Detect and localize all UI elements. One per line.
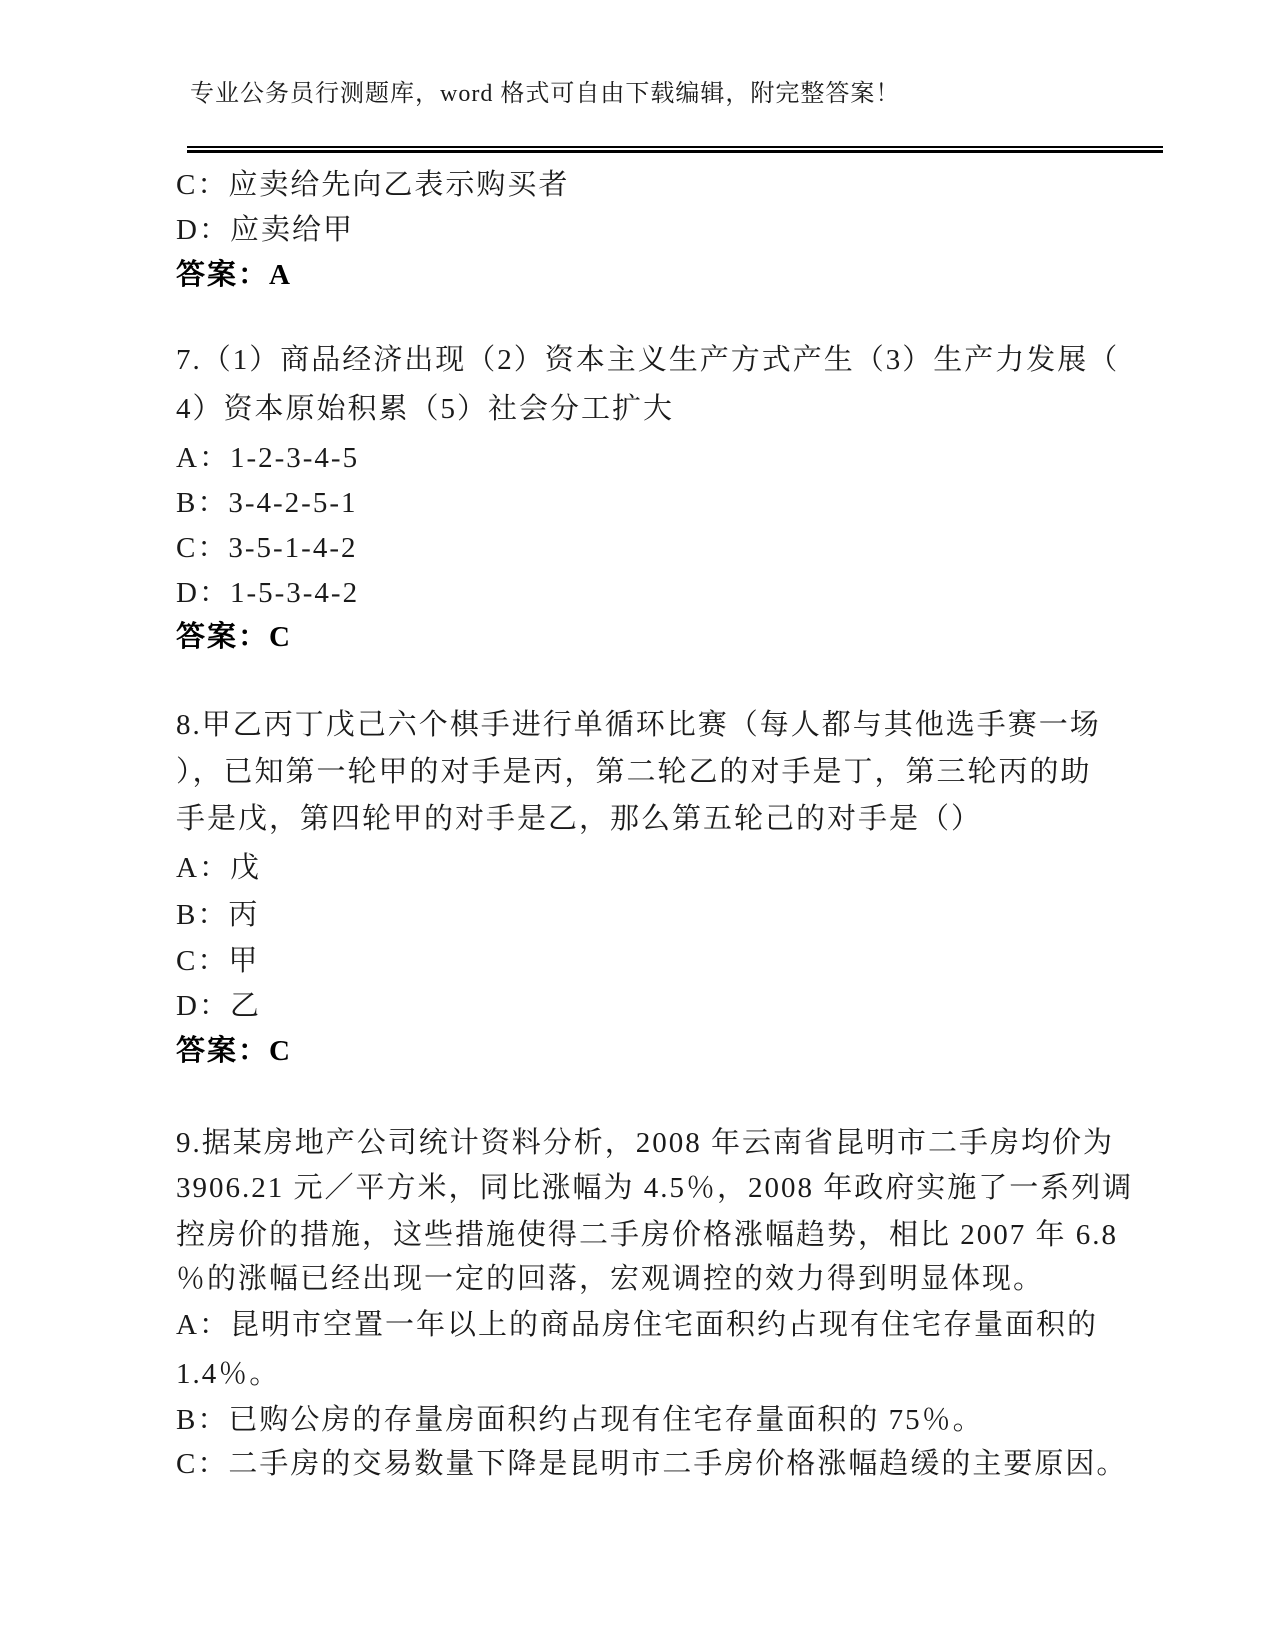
- question-9-stem-line-3: 控房价的措施，这些措施使得二手房价格涨幅趋势，相比 2007 年 6.8: [176, 1218, 1118, 1252]
- prev-question-option-c: C：应卖给先向乙表示购买者: [176, 168, 569, 202]
- page-header-banner: 专业公务员行测题库，word 格式可自由下载编辑，附完整答案！: [190, 80, 900, 108]
- question-7-option-b: B：3-4-2-5-1: [176, 486, 357, 520]
- separator-thick-line: [187, 150, 1163, 153]
- question-7-answer: 答案：C: [176, 620, 292, 654]
- question-7-option-a: A：1-2-3-4-5: [176, 441, 359, 475]
- question-7-option-c: C：3-5-1-4-2: [176, 531, 357, 565]
- question-9-option-b: B：已购公房的存量房面积约占现有住宅存量面积的 75％。: [176, 1403, 984, 1437]
- question-8-answer: 答案：C: [176, 1034, 292, 1068]
- question-8-stem-line-3: 手是戊，第四轮甲的对手是乙，那么第五轮己的对手是（）: [176, 802, 982, 836]
- question-8-option-d: D：乙: [176, 989, 261, 1023]
- question-9-option-c: C：二手房的交易数量下降是昆明市二手房价格涨幅趋缓的主要原因。: [176, 1447, 1127, 1481]
- question-9-option-a-line-2: 1.4％。: [176, 1357, 280, 1391]
- question-8-option-c: C：甲: [176, 944, 259, 978]
- header-separator-rule: [187, 146, 1163, 153]
- question-9-stem-line-2: 3906.21 元／平方米，同比涨幅为 4.5％，2008 年政府实施了一系列调: [176, 1171, 1133, 1205]
- question-9-option-a-line-1: A：昆明市空置一年以上的商品房住宅面积约占现有住宅存量面积的: [176, 1308, 1098, 1342]
- prev-question-option-d: D：应卖给甲: [176, 213, 354, 247]
- question-8-option-b: B：丙: [176, 898, 259, 932]
- question-8-option-a: A：戊: [176, 851, 261, 885]
- question-8-stem-line-1: 8.甲乙丙丁戊己六个棋手进行单循环比赛（每人都与其他选手赛一场: [176, 708, 1101, 742]
- question-9-stem-line-4: ％的涨幅已经出现一定的回落，宏观调控的效力得到明显体现。: [176, 1262, 1044, 1296]
- question-8-stem-line-2: ），已知第一轮甲的对手是丙，第二轮乙的对手是丁，第三轮丙的助: [176, 755, 1092, 789]
- question-9-stem-line-1: 9.据某房地产公司统计资料分析，2008 年云南省昆明市二手房均价为: [176, 1126, 1114, 1160]
- question-7-stem-line-2: 4）资本原始积累（5）社会分工扩大: [176, 392, 674, 426]
- question-7-stem-line-1: 7.（1）商品经济出现（2）资本主义生产方式产生（3）生产力发展（: [176, 343, 1119, 377]
- document-page: 专业公务员行测题库，word 格式可自由下载编辑，附完整答案！ C：应卖给先向乙…: [0, 0, 1275, 1650]
- prev-question-answer: 答案：A: [176, 258, 292, 292]
- question-7-option-d: D：1-5-3-4-2: [176, 576, 359, 610]
